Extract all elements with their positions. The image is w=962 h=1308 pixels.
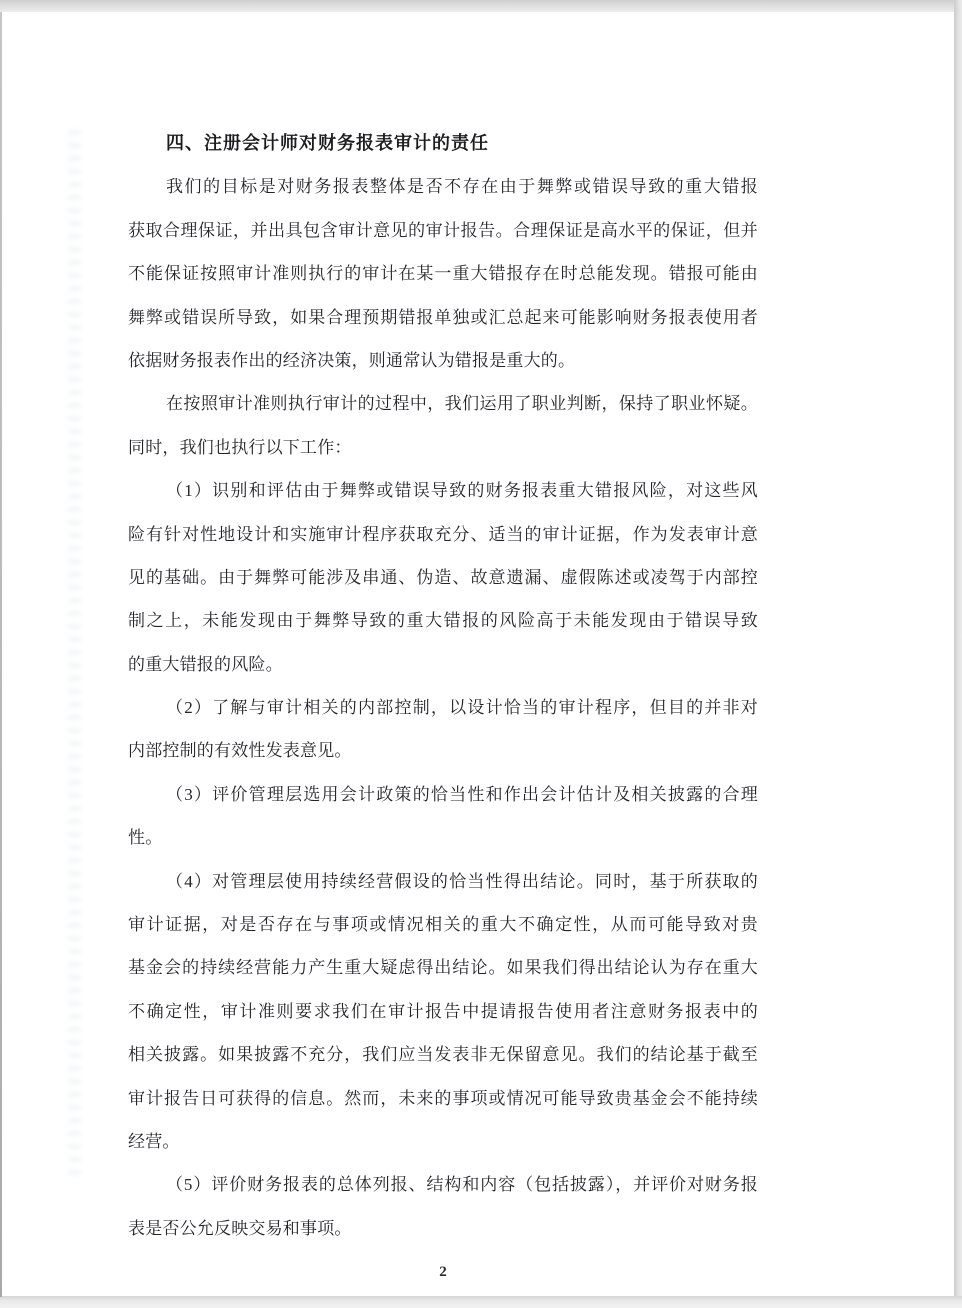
ink-bleed-through-artifact bbox=[68, 130, 81, 1180]
document-body: 四、注册会计师对财务报表审计的责任 我们的目标是对财务报表整体是否不存在由于舞弊… bbox=[128, 122, 758, 1250]
text-line: 审计证据，对是否存在与事项或情况相关的重大不确定性，从而可能导致对贵 bbox=[128, 903, 758, 946]
text-line: 审计报告日可获得的信息。然而，未来的事项或情况可能导致贵基金会不能持续 bbox=[128, 1077, 758, 1120]
text-line: 险有针对性地设计和实施审计程序获取充分、适当的审计证据，作为发表审计意 bbox=[128, 513, 758, 556]
text-line: 同时，我们也执行以下工作： bbox=[128, 426, 758, 469]
text-line: （3）评价管理层选用会计政策的恰当性和作出会计估计及相关披露的合理 bbox=[128, 773, 758, 816]
text-line: 基金会的持续经营能力产生重大疑虑得出结论。如果我们得出结论认为存在重大 bbox=[128, 946, 758, 989]
text-line: 制之上，未能发现由于舞弊导致的重大错报的风险高于未能发现由于错误导致 bbox=[128, 599, 758, 642]
text-line: 不能保证按照审计准则执行的审计在某一重大错报存在时总能发现。错报可能由 bbox=[128, 252, 758, 295]
scan-edge-bottom-strip bbox=[0, 1296, 962, 1308]
text-line: 相关披露。如果披露不充分，我们应当发表非无保留意见。我们的结论基于截至 bbox=[128, 1033, 758, 1076]
text-line: （4）对管理层使用持续经营假设的恰当性得出结论。同时，基于所获取的 bbox=[128, 860, 758, 903]
text-line: 舞弊或错误所导致，如果合理预期错报单独或汇总起来可能影响财务报表使用者 bbox=[128, 296, 758, 339]
text-line: （1）识别和评估由于舞弊或错误导致的财务报表重大错报风险，对这些风 bbox=[128, 469, 758, 512]
section-heading: 四、注册会计师对财务报表审计的责任 bbox=[128, 122, 758, 165]
text-line: 在按照审计准则执行审计的过程中，我们运用了职业判断，保持了职业怀疑。 bbox=[128, 382, 758, 425]
text-line: 不确定性，审计准则要求我们在审计报告中提请报告使用者注意财务报表中的 bbox=[128, 990, 758, 1033]
scan-edge-top-strip bbox=[0, 0, 962, 12]
text-line: 内部控制的有效性发表意见。 bbox=[128, 729, 758, 772]
scan-edge-left-line bbox=[0, 12, 2, 1297]
text-line: （5）评价财务报表的总体列报、结构和内容（包括披露），并评价对财务报 bbox=[128, 1163, 758, 1206]
text-line: 的重大错报的风险。 bbox=[128, 643, 758, 686]
scanned-page: 四、注册会计师对财务报表审计的责任 我们的目标是对财务报表整体是否不存在由于舞弊… bbox=[0, 0, 962, 1308]
text-line: （2）了解与审计相关的内部控制，以设计恰当的审计程序，但目的并非对 bbox=[128, 686, 758, 729]
text-line: 见的基础。由于舞弊可能涉及串通、伪造、故意遗漏、虚假陈述或凌驾于内部控 bbox=[128, 556, 758, 599]
scan-edge-right-strip bbox=[954, 0, 962, 1308]
text-line: 我们的目标是对财务报表整体是否不存在由于舞弊或错误导致的重大错报 bbox=[128, 165, 758, 208]
text-line: 依据财务报表作出的经济决策，则通常认为错报是重大的。 bbox=[128, 339, 758, 382]
paragraph-lines: 我们的目标是对财务报表整体是否不存在由于舞弊或错误导致的重大错报获取合理保证，并… bbox=[128, 165, 758, 1250]
text-line: 表是否公允反映交易和事项。 bbox=[128, 1207, 758, 1250]
text-line: 性。 bbox=[128, 816, 758, 859]
text-line: 获取合理保证，并出具包含审计意见的审计报告。合理保证是高水平的保证，但并 bbox=[128, 209, 758, 252]
text-line: 经营。 bbox=[128, 1120, 758, 1163]
page-number: 2 bbox=[128, 1264, 758, 1281]
